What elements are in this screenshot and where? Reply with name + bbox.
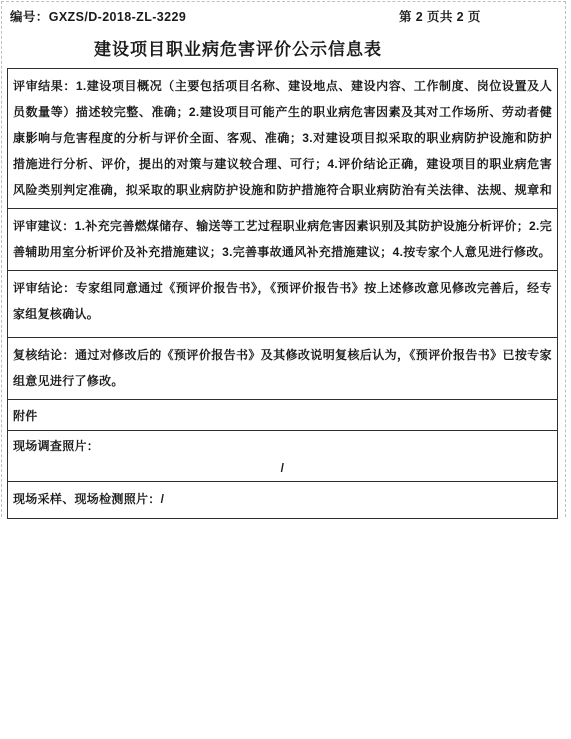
page-title: 建设项目职业病危害评价公示信息表 [7,35,469,60]
site-survey-photos-label: 现场调查照片： [13,435,552,457]
table-row-site-survey-photos: 现场调查照片： / [8,431,557,482]
site-survey-photos-value: / [13,457,552,479]
table-row-review-conclusion: 评审结论：专家组同意通过《预评价报告书》，《预评价报告书》按上述修改意见修改完善… [8,271,557,338]
table-row-attachment: 附件 [8,400,557,431]
document-number: 编号：GXZS/D-2018-ZL-3229 [10,7,186,25]
table-row-site-sampling-photos: 现场采样、现场检测照片：/ [8,482,557,518]
page-number-indicator: 第 2 页共 2 页 [399,7,481,25]
table-row-recheck-conclusion: 复核结论：通过对修改后的《预评价报告书》及其修改说明复核后认为，《预评价报告书》… [8,338,557,400]
evaluation-info-table: 评审结果：1.建设项目概况（主要包括项目名称、建设地点、建设内容、工作制度、岗位… [7,68,558,519]
table-row-review-result: 评审结果：1.建设项目概况（主要包括项目名称、建设地点、建设内容、工作制度、岗位… [8,69,557,209]
table-row-review-suggestion: 评审建议：1.补充完善燃煤储存、输送等工艺过程职业病危害因素识别及其防护设施分析… [8,209,557,271]
